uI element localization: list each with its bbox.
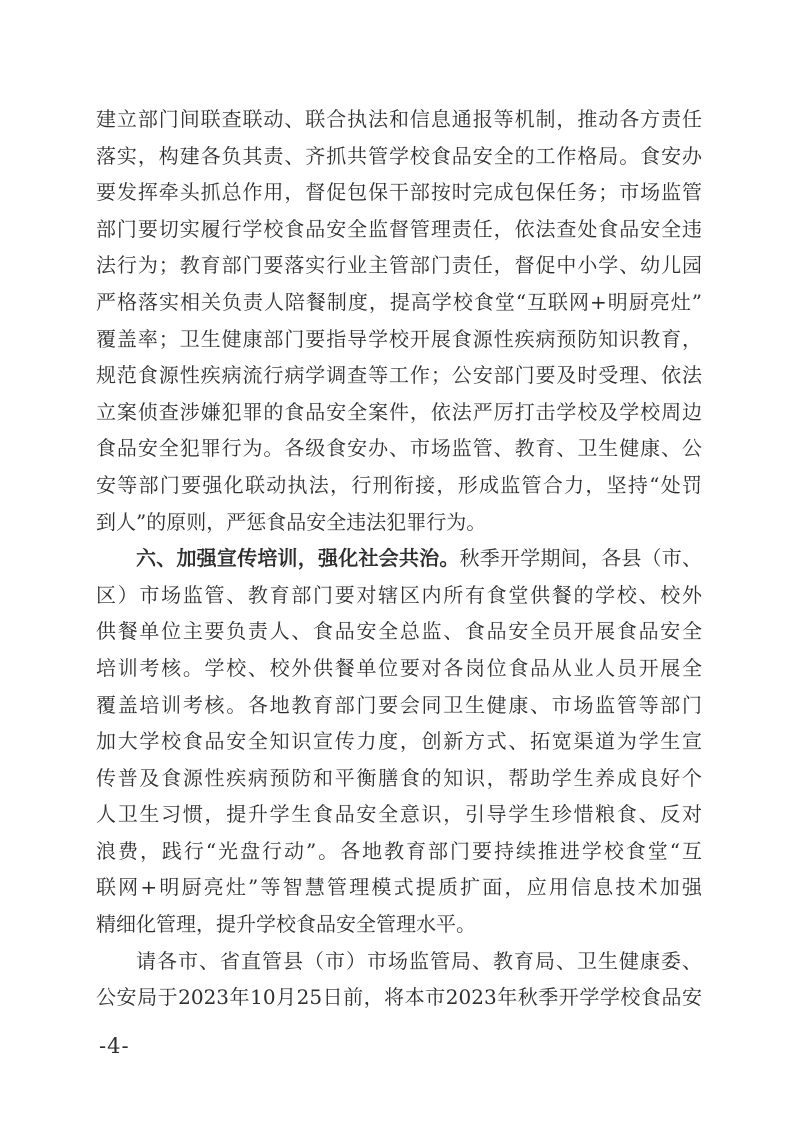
paragraph: 建立部门间联查联动、联合执法和信息通报等机制，推动各方责任落实，构建各负其责、齐…: [96, 101, 702, 540]
text-line: 请各市、省直管县（市）市场监管局、教育局、卫生健康委、: [96, 943, 702, 980]
text-line: 落实，构建各负其责、齐抓共管学校食品安全的工作格局。食安办: [96, 138, 702, 175]
text-line: 区）市场监管、教育部门要对辖区内所有食堂供餐的学校、校外: [96, 577, 702, 614]
text-line: 要发挥牵头抓总作用，督促包保干部按时完成包保任务；市场监管: [96, 174, 702, 211]
text-line: 食品安全犯罪行为。各级食安办、市场监管、教育、卫生健康、公: [96, 430, 702, 467]
paragraph: 请各市、省直管县（市）市场监管局、教育局、卫生健康委、公安局于2023年10月2…: [96, 943, 702, 1016]
text-line: 精细化管理，提升学校食品安全管理水平。: [96, 906, 702, 943]
text-line: 浪费，践行“光盘行动”。各地教育部门要持续推进学校食堂“互: [96, 833, 702, 870]
text-segment: 浪费，践行“光盘行动”。各地教育部门要持续推进学校食堂“互: [96, 839, 702, 863]
text-segment: 人卫生习惯，提升学生食品安全意识，引导学生珍惜粮食、反对: [96, 802, 702, 826]
text-line: 六、加强宣传培训，强化社会共治。秋季开学期间，各县（市、: [96, 540, 702, 577]
text-line: 联网+明厨亮灶”等智慧管理模式提质扩面，应用信息技术加强: [96, 869, 702, 906]
text-segment: 立案侦查涉嫌犯罪的食品安全案件，依法严厉打击学校及学校周边: [96, 400, 702, 424]
text-line: 安等部门要强化联动执法，行刑衔接，形成监管合力，坚持“处罚: [96, 467, 702, 504]
text-segment: 落实，构建各负其责、齐抓共管学校食品安全的工作格局。食安办: [96, 144, 702, 168]
text-line: 培训考核。学校、校外供餐单位要对各岗位食品从业人员开展全: [96, 650, 702, 687]
text-line: 加大学校食品安全知识宣传力度，创新方式、拓宽渠道为学生宣: [96, 723, 702, 760]
text-segment: 联网+明厨亮灶”等智慧管理模式提质扩面，应用信息技术加强: [96, 875, 702, 899]
text-segment: 请各市、省直管县（市）市场监管局、教育局、卫生健康委、: [136, 949, 702, 973]
text-line: 建立部门间联查联动、联合执法和信息通报等机制，推动各方责任: [96, 101, 702, 138]
text-line: 人卫生习惯，提升学生食品安全意识，引导学生珍惜粮食、反对: [96, 796, 702, 833]
text-line: 供餐单位主要负责人、食品安全总监、食品安全员开展食品安全: [96, 613, 702, 650]
text-segment: 秋季开学期间，各县（市、: [460, 546, 702, 570]
text-line: 到人”的原则，严惩食品安全违法犯罪行为。: [96, 504, 702, 541]
text-segment: 覆盖率；卫生健康部门要指导学校开展食源性疾病预防知识教育，: [96, 327, 702, 351]
text-segment: 建立部门间联查联动、联合执法和信息通报等机制，推动各方责任: [96, 107, 702, 131]
text-segment: 培训考核。学校、校外供餐单位要对各岗位食品从业人员开展全: [96, 656, 702, 680]
text-segment: 安等部门要强化联动执法，行刑衔接，形成监管合力，坚持“处罚: [96, 473, 702, 497]
text-segment: 法行为；教育部门要落实行业主管部门责任，督促中小学、幼儿园: [96, 253, 702, 277]
text-segment: 到人”的原则，严惩食品安全违法犯罪行为。: [96, 510, 486, 534]
text-segment: 食品安全犯罪行为。各级食安办、市场监管、教育、卫生健康、公: [96, 436, 702, 460]
text-line: 传普及食源性疾病预防和平衡膳食的知识，帮助学生养成良好个: [96, 760, 702, 797]
text-segment: 精细化管理，提升学校食品安全管理水平。: [96, 912, 476, 936]
paragraph: 六、加强宣传培训，强化社会共治。秋季开学期间，各县（市、区）市场监管、教育部门要…: [96, 540, 702, 943]
text-segment: 传普及食源性疾病预防和平衡膳食的知识，帮助学生养成良好个: [96, 766, 702, 790]
text-segment: 区）市场监管、教育部门要对辖区内所有食堂供餐的学校、校外: [96, 583, 702, 607]
text-segment: 覆盖培训考核。各地教育部门要会同卫生健康、市场监管等部门: [96, 693, 702, 717]
text-line: 规范食源性疾病流行病学调查等工作；公安部门要及时受理、依法: [96, 357, 702, 394]
text-segment: 加大学校食品安全知识宣传力度，创新方式、拓宽渠道为学生宣: [96, 729, 702, 753]
text-segment: 供餐单位主要负责人、食品安全总监、食品安全员开展食品安全: [96, 619, 702, 643]
document-body: 建立部门间联查联动、联合执法和信息通报等机制，推动各方责任落实，构建各负其责、齐…: [96, 101, 702, 1016]
section-heading: 六、加强宣传培训，强化社会共治。: [136, 546, 460, 570]
text-line: 严格落实相关负责人陪餐制度，提高学校食堂“互联网+明厨亮灶”: [96, 284, 702, 321]
text-line: 覆盖率；卫生健康部门要指导学校开展食源性疾病预防知识教育，: [96, 321, 702, 358]
page-number: -4-: [99, 1034, 130, 1058]
text-segment: 公安局于2023年10月25日前，将本市2023年秋季开学学校食品安: [96, 985, 702, 1009]
text-line: 部门要切实履行学校食品安全监督管理责任，依法查处食品安全违: [96, 211, 702, 248]
text-segment: 严格落实相关负责人陪餐制度，提高学校食堂“互联网+明厨亮灶”: [96, 290, 702, 314]
text-line: 公安局于2023年10月25日前，将本市2023年秋季开学学校食品安: [96, 979, 702, 1016]
document-page: 建立部门间联查联动、联合执法和信息通报等机制，推动各方责任落实，构建各负其责、齐…: [0, 0, 793, 1122]
text-segment: 规范食源性疾病流行病学调查等工作；公安部门要及时受理、依法: [96, 363, 702, 387]
text-line: 法行为；教育部门要落实行业主管部门责任，督促中小学、幼儿园: [96, 247, 702, 284]
text-segment: 要发挥牵头抓总作用，督促包保干部按时完成包保任务；市场监管: [96, 180, 702, 204]
text-line: 覆盖培训考核。各地教育部门要会同卫生健康、市场监管等部门: [96, 687, 702, 724]
text-segment: 部门要切实履行学校食品安全监督管理责任，依法查处食品安全违: [96, 217, 702, 241]
text-line: 立案侦查涉嫌犯罪的食品安全案件，依法严厉打击学校及学校周边: [96, 394, 702, 431]
